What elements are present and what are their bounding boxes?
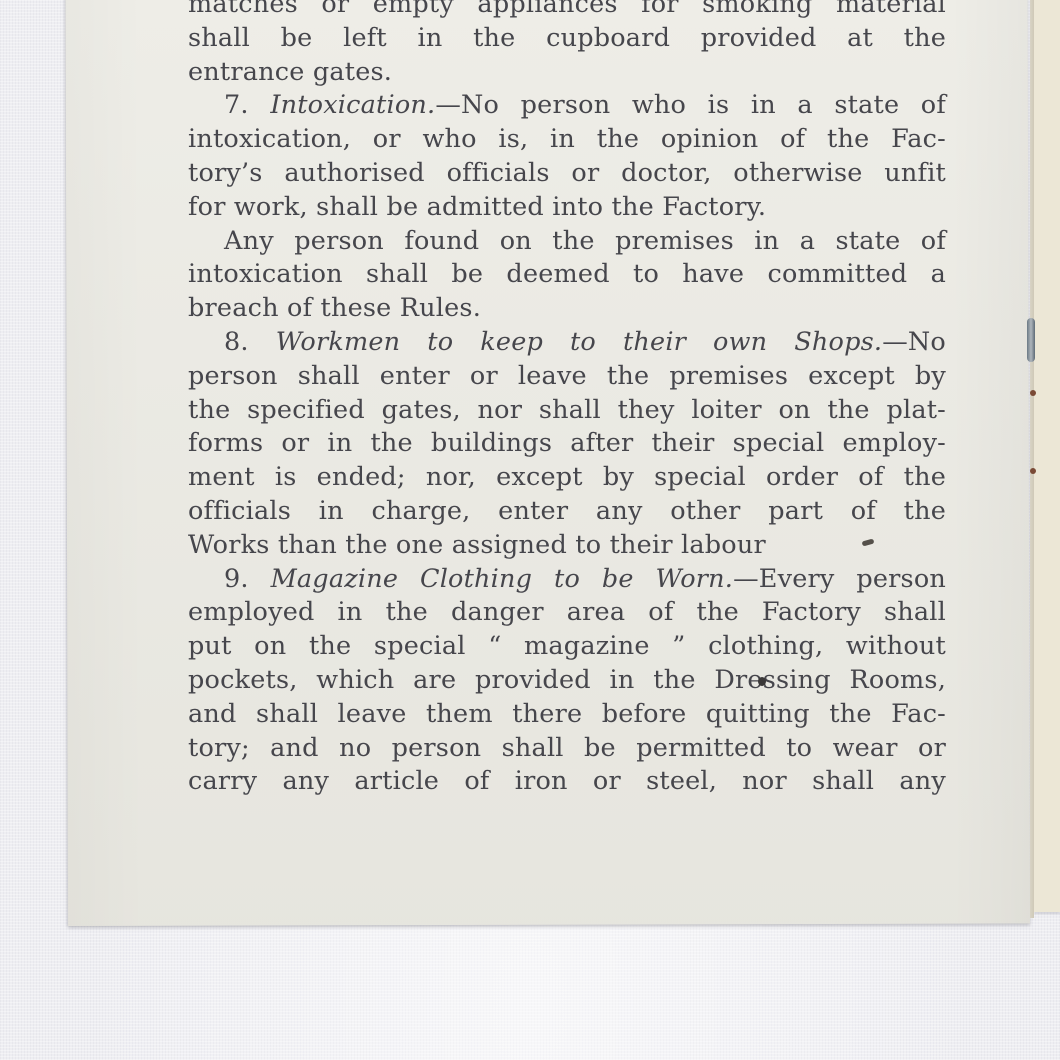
- text-line: person shall enter or leave the premises…: [188, 360, 946, 394]
- text-line: pockets, which are provided in the Dress…: [188, 664, 946, 698]
- rule-7-first-line: 7. Intoxication.—No person who is in a s…: [188, 89, 946, 123]
- text-line: tory’s authorised officials or doctor, o…: [188, 157, 946, 191]
- rule-number: 9.: [224, 564, 249, 594]
- rule-9-first-line: 9. Magazine Clothing to be Worn.—Every p…: [188, 563, 946, 597]
- text-line: employed in the danger area of the Facto…: [188, 596, 946, 630]
- rust-spot: [1030, 468, 1036, 474]
- rule-text: No person who is in a state of: [461, 90, 946, 120]
- rule-number: 7.: [224, 90, 249, 120]
- em-dash: —: [882, 327, 908, 357]
- rule-text: No: [908, 327, 946, 357]
- rule-heading: Intoxication.: [270, 90, 435, 120]
- staple-icon: [1027, 318, 1035, 362]
- text-line: officials in charge, enter any other par…: [188, 495, 946, 529]
- text-line: put on the special “ magazine ” clothing…: [188, 630, 946, 664]
- ink-blot: [758, 677, 766, 686]
- text-line: carry any article of iron or steel, nor …: [188, 765, 946, 799]
- text-line: shall be left in the cupboard provided a…: [188, 22, 946, 56]
- booklet-spine: [1030, 0, 1034, 918]
- text-line: and shall leave them there before quitti…: [188, 698, 946, 732]
- text-line: Any person found on the premises in a st…: [188, 225, 946, 259]
- rule-heading: Magazine Clothing to be Worn.: [271, 564, 733, 594]
- text-line: for work, shall be admitted into the Fac…: [188, 191, 946, 225]
- text-line: matches or empty appliances for smoking …: [188, 0, 946, 22]
- text-line: ment is ended; nor, except by special or…: [188, 461, 946, 495]
- facing-page-edge: [1034, 0, 1060, 912]
- rule-heading: Workmen to keep to their own Shops.: [276, 327, 882, 357]
- text-line: intoxication shall be deemed to have com…: [188, 258, 946, 292]
- text-line: forms or in the buildings after their sp…: [188, 427, 946, 461]
- em-dash: —: [733, 564, 759, 594]
- text-line: Works than the one assigned to their lab…: [188, 529, 946, 563]
- rule-number: 8.: [224, 327, 249, 357]
- page-text: matches or empty appliances for smoking …: [188, 0, 946, 799]
- rust-spot: [1030, 390, 1036, 396]
- text-line: breach of these Rules.: [188, 292, 946, 326]
- rule-8-first-line: 8. Workmen to keep to their own Shops.—N…: [188, 326, 946, 360]
- rule-text: Every person: [759, 564, 946, 594]
- em-dash: —: [435, 90, 461, 120]
- text-line: entrance gates.: [188, 56, 946, 90]
- text-line: intoxication, or who is, in the opinion …: [188, 123, 946, 157]
- text-line: tory; and no person shall be permitted t…: [188, 732, 946, 766]
- text-line: the specified gates, nor shall they loit…: [188, 394, 946, 428]
